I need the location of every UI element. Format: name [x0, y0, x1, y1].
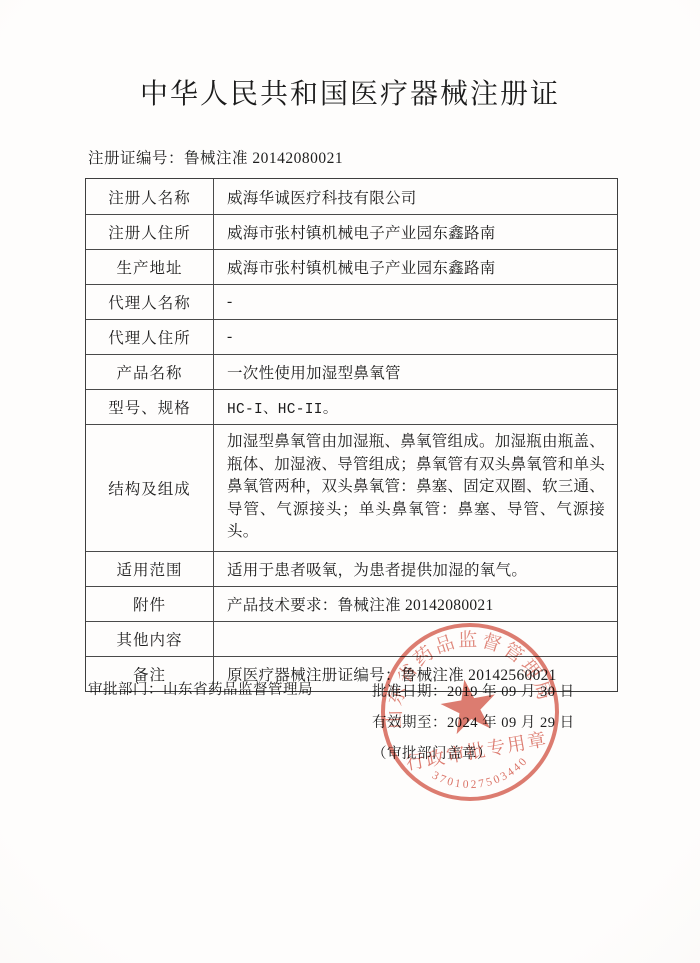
- valid-until-value: 2024 年 09 月 29 日: [447, 715, 575, 731]
- row-value: 威海市张村镇机械电子产业园东鑫路南: [214, 215, 617, 249]
- table-row-agent-name: 代理人名称 -: [86, 284, 617, 319]
- table-row-intended-use: 适用范围 适用于患者吸氧，为患者提供加湿的氧气。: [86, 551, 617, 586]
- row-label: 生产地址: [86, 250, 214, 284]
- row-label: 结构及组成: [86, 425, 214, 551]
- row-label: 代理人名称: [86, 285, 214, 319]
- registration-number-label: 注册证编号：: [88, 150, 184, 167]
- row-value: HC-I、HC-II。: [214, 390, 617, 424]
- stamp-note-line: （审批部门盖章）: [372, 739, 575, 770]
- approval-department-label: 审批部门：: [88, 682, 163, 698]
- table-row-structure-composition: 结构及组成 加湿型鼻氧管由加湿瓶、鼻氧管组成。加湿瓶由瓶盖、瓶体、加湿液、导管组…: [86, 424, 617, 551]
- table-row-agent-address: 代理人住所 -: [86, 319, 617, 354]
- approval-date-label: 批准日期：: [372, 684, 447, 700]
- approval-date-line: 批准日期：2019 年 09 月 30 日: [372, 677, 575, 708]
- table-row-production-address: 生产地址 威海市张村镇机械电子产业园东鑫路南: [86, 249, 617, 284]
- row-value: 威海华诚医疗科技有限公司: [214, 179, 617, 214]
- row-value: 加湿型鼻氧管由加湿瓶、鼻氧管组成。加湿瓶由瓶盖、瓶体、加湿液、导管组成；鼻氧管有…: [214, 425, 617, 551]
- row-label: 型号、规格: [86, 390, 214, 424]
- row-value: -: [214, 285, 617, 319]
- table-row-registrant-address: 注册人住所 威海市张村镇机械电子产业园东鑫路南: [86, 214, 617, 249]
- row-label: 适用范围: [86, 552, 214, 586]
- row-value: [214, 622, 617, 656]
- table-row-other-content: 其他内容: [86, 621, 617, 656]
- row-label: 附件: [86, 587, 214, 621]
- approval-date-value: 2019 年 09 月 30 日: [447, 684, 575, 700]
- row-value: -: [214, 320, 617, 354]
- table-row-product-name: 产品名称 一次性使用加湿型鼻氧管: [86, 354, 617, 389]
- certificate-title: 中华人民共和国医疗器械注册证: [0, 72, 700, 112]
- approval-dates-block: 批准日期：2019 年 09 月 30 日 有效期至：2024 年 09 月 2…: [372, 677, 575, 770]
- row-value: 一次性使用加湿型鼻氧管: [214, 355, 617, 389]
- row-value: 威海市张村镇机械电子产业园东鑫路南: [214, 250, 617, 284]
- table-row-registrant-name: 注册人名称 威海华诚医疗科技有限公司: [86, 179, 617, 214]
- approval-department-line: 审批部门：山东省药品监督管理局: [88, 678, 313, 699]
- registration-number-line: 注册证编号：鲁械注准 20142080021: [88, 146, 343, 168]
- table-row-attachment: 附件 产品技术要求：鲁械注准 20142080021: [86, 586, 617, 621]
- valid-until-label: 有效期至：: [372, 715, 447, 731]
- registration-number-value: 鲁械注准 20142080021: [184, 150, 343, 167]
- valid-until-line: 有效期至：2024 年 09 月 29 日: [372, 708, 575, 739]
- row-label: 产品名称: [86, 355, 214, 389]
- certificate-page: 中华人民共和国医疗器械注册证 注册证编号：鲁械注准 20142080021 注册…: [0, 0, 700, 963]
- certificate-table: 注册人名称 威海华诚医疗科技有限公司 注册人住所 威海市张村镇机械电子产业园东鑫…: [85, 178, 618, 692]
- row-value: 适用于患者吸氧，为患者提供加湿的氧气。: [214, 552, 617, 586]
- table-row-model-spec: 型号、规格 HC-I、HC-II。: [86, 389, 617, 424]
- approval-department-value: 山东省药品监督管理局: [163, 682, 313, 698]
- row-label: 其他内容: [86, 622, 214, 656]
- row-value: 产品技术要求：鲁械注准 20142080021: [214, 587, 617, 621]
- row-label: 代理人住所: [86, 320, 214, 354]
- row-label: 注册人住所: [86, 215, 214, 249]
- row-label: 注册人名称: [86, 179, 214, 214]
